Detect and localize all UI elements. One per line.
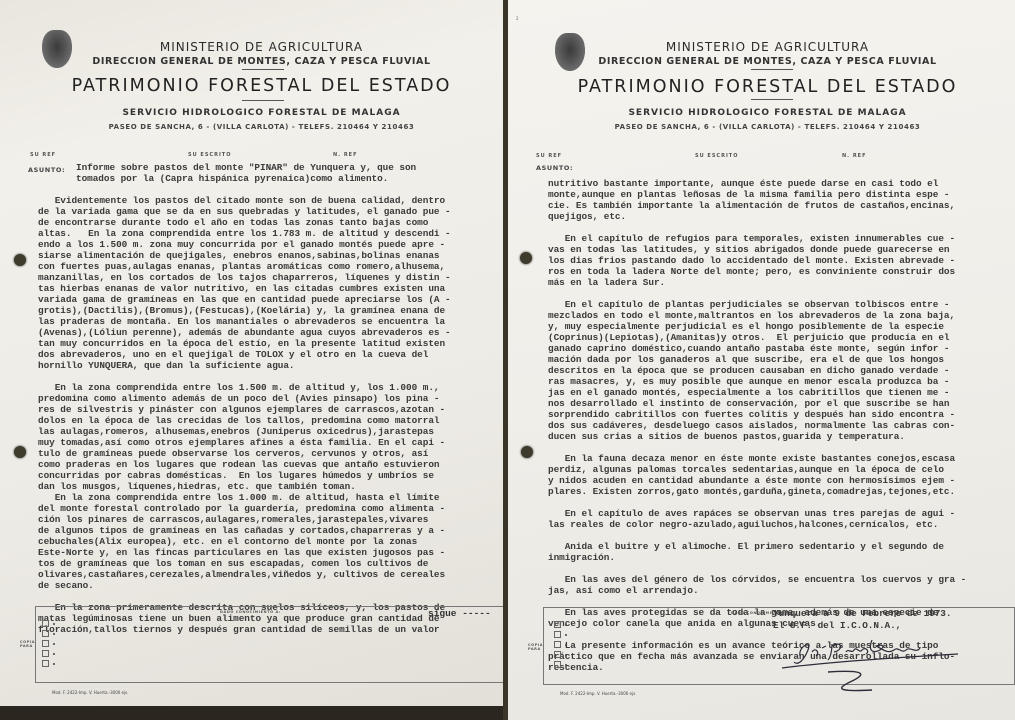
service-heading: SERVICIO HIDROLOGICO FORESTAL DE MALAGA — [520, 108, 1015, 118]
bullet — [53, 663, 55, 665]
subject-text: Informe sobre pastos del monte "PINAR" d… — [76, 162, 416, 184]
copy-checkbox[interactable] — [554, 641, 561, 648]
document-page-1: MINISTERIO DE AGRICULTURA DIRECCION GENE… — [0, 0, 503, 720]
address-line: PASEO DE SANCHA, 6 - (VILLA CARLOTA) - T… — [20, 123, 503, 131]
form-footer: Mod. F. 2422-Imp. V. Huerta.-3000 ejs. — [52, 690, 129, 695]
bullet — [53, 633, 55, 635]
copy-checkbox[interactable] — [42, 620, 49, 627]
handwritten-signature: José Pino Rivera — [768, 632, 968, 696]
continuation-mark: sigue ----- — [428, 608, 491, 619]
su-ref-label: SU REF — [30, 152, 56, 158]
divider-rule — [242, 69, 284, 70]
bullet — [565, 644, 567, 646]
copy-box-label: DADO CONOCIMIENTO A: — [220, 610, 281, 614]
institution-heading: PATRIMONIO FORESTAL DEL ESTADO — [20, 76, 503, 96]
page-number-mark: 2 — [516, 16, 519, 21]
report-body-text: nutritivo bastante importante, aunque és… — [548, 178, 966, 673]
divider-rule — [751, 99, 793, 100]
copia-para-label: COPIA PARA — [20, 640, 34, 648]
signatory-title: El G.F. del I.C.O.N.A., — [773, 620, 901, 631]
n-ref-label: N. REF — [842, 153, 867, 159]
page-edge-shadow — [0, 706, 503, 720]
punch-hole — [521, 446, 533, 458]
bullet — [565, 664, 567, 666]
su-escrito-label: SU ESCRITO — [188, 152, 231, 158]
copy-checkbox[interactable] — [42, 640, 49, 647]
su-escrito-label: SU ESCRITO — [695, 153, 738, 159]
punch-hole — [14, 446, 26, 458]
copy-checkbox[interactable] — [42, 650, 49, 657]
place-date: Yunquera a 9 de Febrero de 1973. — [773, 608, 951, 619]
bullet — [565, 634, 567, 636]
divider-rule — [242, 100, 284, 101]
copy-checkbox[interactable] — [42, 660, 49, 667]
copy-checkbox[interactable] — [554, 631, 561, 638]
bullet — [565, 624, 567, 626]
bullet — [53, 653, 55, 655]
copy-checkbox[interactable] — [42, 630, 49, 637]
ministry-heading: MINISTERIO DE AGRICULTURA — [20, 40, 503, 54]
bullet — [53, 643, 55, 645]
copy-checkbox[interactable] — [554, 661, 561, 668]
punch-hole — [14, 254, 26, 266]
address-line: PASEO DE SANCHA, 6 - (VILLA CARLOTA) - T… — [520, 123, 1015, 131]
asunto-label: ASUNTO: — [28, 166, 65, 174]
copy-checkbox[interactable] — [554, 621, 561, 628]
directorate-heading: DIRECCION GENERAL DE MONTES, CAZA Y PESC… — [520, 56, 1015, 67]
punch-hole — [520, 252, 532, 264]
service-heading: SERVICIO HIDROLOGICO FORESTAL DE MALAGA — [20, 108, 503, 118]
document-page-2: 2 MINISTERIO DE AGRICULTURA DIRECCION GE… — [508, 0, 1015, 720]
institution-heading: PATRIMONIO FORESTAL DEL ESTADO — [520, 77, 1015, 97]
directorate-heading: DIRECCION GENERAL DE MONTES, CAZA Y PESC… — [20, 56, 503, 67]
asunto-label: ASUNTO: — [536, 164, 573, 172]
n-ref-label: N. REF — [333, 152, 358, 158]
form-footer: Mod. F. 2422-Imp. V. Huerta.-3000 ejs. — [560, 691, 637, 696]
copia-para-label: COPIA PARA — [528, 643, 542, 651]
ministry-heading: MINISTERIO DE AGRICULTURA — [520, 40, 1015, 54]
report-body-text: Evidentemente los pastos del citado mont… — [38, 195, 451, 635]
bullet — [53, 623, 55, 625]
su-ref-label: SU REF — [536, 153, 562, 159]
divider-rule — [751, 69, 793, 70]
bullet — [565, 654, 567, 656]
copy-checkbox[interactable] — [554, 651, 561, 658]
